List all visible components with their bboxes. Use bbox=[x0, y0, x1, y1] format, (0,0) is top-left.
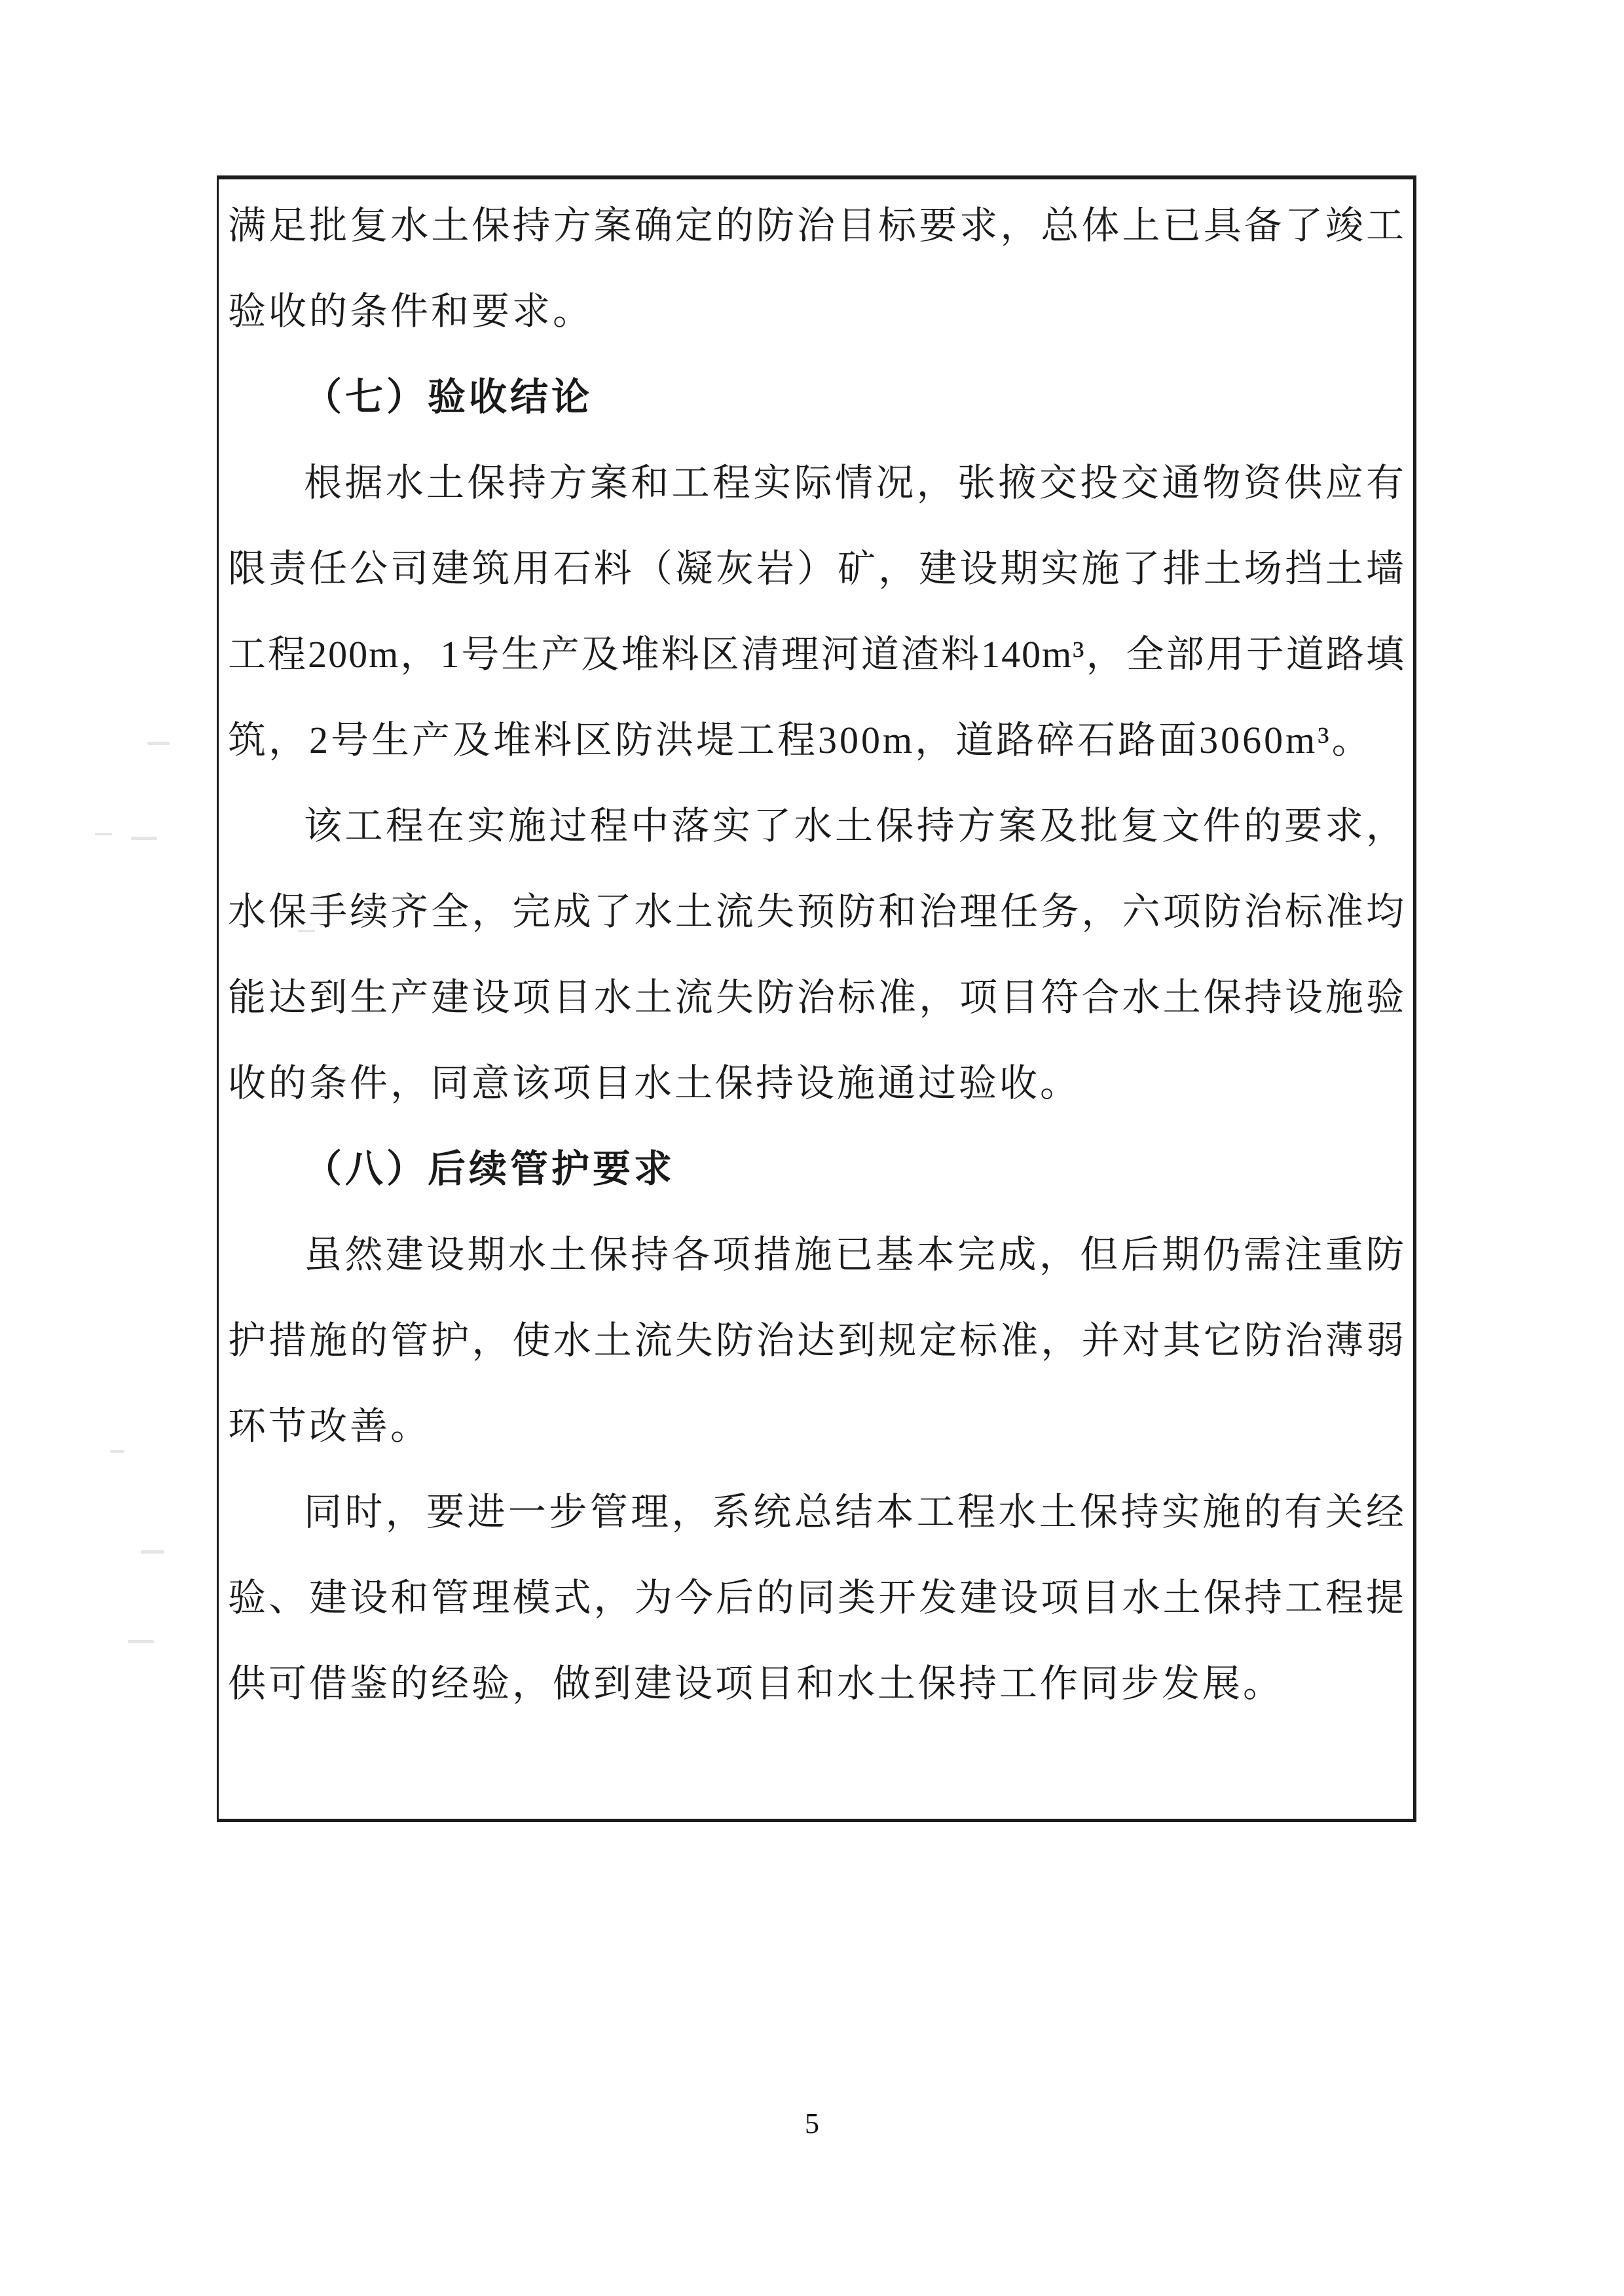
scan-speck bbox=[147, 742, 170, 745]
scan-speck bbox=[131, 837, 157, 840]
scan-speck bbox=[141, 1550, 164, 1554]
text-line: 护措施的管护，使水土流失防治达到规定标准，并对其它防治薄弱 bbox=[228, 1298, 1405, 1383]
text-line: 验、建设和管理模式，为今后的同类开发建设项目水土保持工程提 bbox=[228, 1555, 1405, 1641]
section-heading-8: （八）后续管护要求 bbox=[228, 1126, 1405, 1212]
text-line: 该工程在实施过程中落实了水土保持方案及批复文件的要求， bbox=[228, 783, 1405, 869]
scan-speck bbox=[331, 1069, 345, 1072]
text-line: 环节改善。 bbox=[228, 1383, 1405, 1469]
page-number: 5 bbox=[0, 2109, 1624, 2138]
scan-speck bbox=[95, 833, 112, 835]
text-line: 能达到生产建设项目水土流失防治标准，项目符合水土保持设施验 bbox=[228, 955, 1405, 1040]
scan-speck bbox=[110, 1450, 124, 1453]
scan-speck bbox=[128, 1640, 154, 1643]
text-line: 筑，2号生产及堆料区防洪堤工程300m，道路碎石路面3060m³。 bbox=[228, 697, 1405, 783]
text-line: 收的条件，同意该项目水土保持设施通过验收。 bbox=[228, 1040, 1405, 1126]
text-line: 供可借鉴的经验，做到建设项目和水土保持工作同步发展。 bbox=[228, 1641, 1405, 1726]
text-line: 同时，要进一步管理，系统总结本工程水土保持实施的有关经 bbox=[228, 1469, 1405, 1555]
text-line: 水保手续齐全，完成了水土流失预防和治理任务，六项防治标准均 bbox=[228, 869, 1405, 955]
text-line: 满足批复水土保持方案确定的防治目标要求，总体上已具备了竣工 bbox=[228, 183, 1405, 268]
text-line: 虽然建设期水土保持各项措施已基本完成，但后期仍需注重防 bbox=[228, 1212, 1405, 1298]
scan-speck bbox=[298, 930, 315, 932]
document-page: 满足批复水土保持方案确定的防治目标要求，总体上已具备了竣工 验收的条件和要求。 … bbox=[0, 0, 1624, 2296]
text-line: 根据水土保持方案和工程实际情况，张掖交投交通物资供应有 bbox=[228, 440, 1405, 526]
text-line: 限责任公司建筑用石料（凝灰岩）矿，建设期实施了排土场挡土墙 bbox=[228, 526, 1405, 611]
text-line: 验收的条件和要求。 bbox=[228, 268, 1405, 354]
text-line: 工程200m，1号生产及堆料区清理河道渣料140m³，全部用于道路填 bbox=[228, 611, 1405, 697]
text-area: 满足批复水土保持方案确定的防治目标要求，总体上已具备了竣工 验收的条件和要求。 … bbox=[219, 179, 1413, 1726]
section-heading-7: （七）验收结论 bbox=[228, 354, 1405, 440]
content-border-box: 满足批复水土保持方案确定的防治目标要求，总体上已具备了竣工 验收的条件和要求。 … bbox=[217, 175, 1416, 1822]
